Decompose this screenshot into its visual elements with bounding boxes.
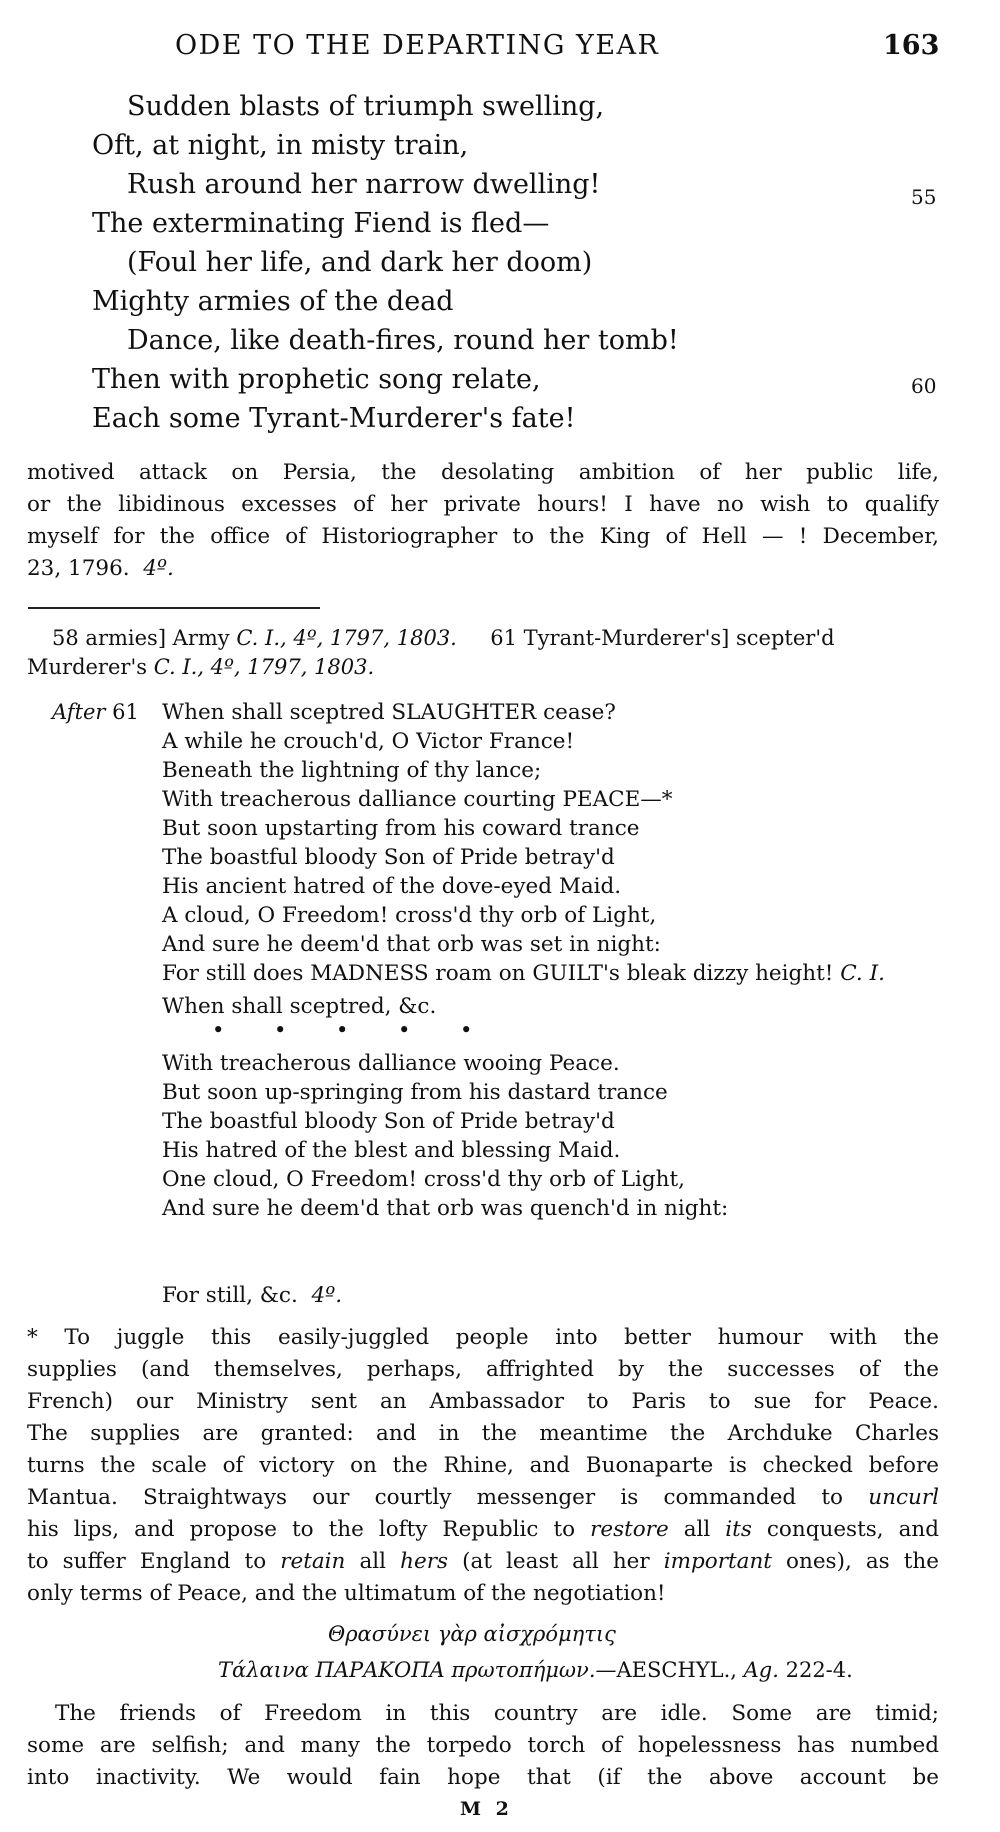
variant-verse-line: Beneath the lightning of thy lance; — [162, 760, 541, 782]
verse-line: Dance, like death-fires, round her tomb! — [127, 327, 679, 354]
variant-lemma: Tyrant-Murderer's] scepter'd — [524, 626, 835, 650]
text: all — [359, 1549, 386, 1574]
variant-verse-line: The boastful bloody Son of Pride betray'… — [162, 847, 615, 869]
variant-verse-line: A cloud, O Freedom! cross'd thy orb of L… — [162, 905, 656, 927]
variant-verse-line: With treacherous dalliance wooing Peace. — [162, 1053, 620, 1075]
footnote-rule — [28, 607, 320, 609]
quotation-line: Θρασύνει γὰρ αἰσχρόμητις — [328, 1624, 616, 1645]
dot: • — [212, 1020, 274, 1041]
paragraph-line: into inactivity. We would fain hope that… — [27, 1767, 939, 1789]
variant-verse-line: One cloud, O Freedom! cross'd thy orb of… — [162, 1169, 685, 1191]
variant-verse-line: With treacherous dalliance courting PEAC… — [162, 789, 673, 811]
variant-verse-line-with-source: For still does MADNESS roam on GUILT's b… — [162, 963, 885, 985]
note-line: myself for the office of Historiographer… — [27, 526, 939, 548]
after-number: 61 — [112, 700, 139, 724]
variant-verse-line: His ancient hatred of the dove-eyed Maid… — [162, 876, 621, 898]
ellipsis-dots: ••••• — [212, 1020, 522, 1041]
variant-verse-line-with-source: For still, &c. 4º. — [162, 1285, 342, 1307]
page-number: 163 — [883, 32, 939, 59]
signature-mark: M 2 — [460, 1798, 513, 1820]
text: Mantua. Straightways our courtly messeng… — [27, 1485, 843, 1510]
variant-verse-text: For still, &c. — [162, 1283, 298, 1308]
line-number: 55 — [911, 187, 936, 207]
verse-line: The exterminating Fiend is fled— — [92, 210, 549, 237]
text: ones), as the — [786, 1549, 939, 1574]
verse-line: Oft, at night, in misty train, — [92, 132, 468, 159]
variant-sources: C. I., 4º, 1797, 1803. — [154, 655, 375, 679]
verse-line: Mighty armies of the dead — [92, 288, 454, 315]
variant-verse-line: When shall sceptred, &c. — [162, 996, 436, 1018]
paragraph-line: some are selfish; and many the torpedo t… — [27, 1735, 939, 1757]
verse-line: (Foul her life, and dark her doom) — [127, 249, 592, 276]
variant-lemma: Murderer's — [27, 655, 147, 679]
footnote-line: French) our Ministry sent an Ambassador … — [27, 1391, 939, 1413]
work-title: Ag. — [744, 1658, 779, 1682]
variant-lemma: armies] Army — [85, 626, 229, 650]
italic-text: hers — [400, 1549, 448, 1574]
variant-58: 58 armies] Army C. I., 4º, 1797, 1803. 6… — [52, 628, 835, 649]
italic-text: uncurl — [868, 1485, 939, 1510]
dot: • — [274, 1020, 336, 1041]
dot: • — [460, 1020, 522, 1041]
footnote-line: * To juggle this easily-juggled people i… — [27, 1327, 939, 1349]
footnote-line: turns the scale of victory on the Rhine,… — [27, 1455, 939, 1477]
dot: • — [336, 1020, 398, 1041]
footnote-line: only terms of Peace, and the ultimatum o… — [27, 1583, 939, 1605]
quotation-line-attribution: Τάλαινα ΠΑΡΑΚΟΠΑ πρωτοπήμων.—AESCHYL., A… — [218, 1660, 853, 1681]
variant-verse-line: And sure he deem'd that orb was quench'd… — [162, 1198, 728, 1220]
footnote-line: to suffer England to retain all hers (at… — [27, 1551, 939, 1573]
footnote-line: his lips, and propose to the lofty Repub… — [27, 1519, 939, 1541]
italic-text: important — [664, 1549, 772, 1574]
variant-source: 4º. — [311, 1283, 342, 1308]
footnote-line: supplies (and themselves, perhaps, affri… — [27, 1359, 939, 1381]
variant-verse-text: For still does MADNESS roam on GUILT's b… — [162, 961, 833, 986]
verse-line: Each some Tyrant-Murderer's fate! — [92, 405, 575, 432]
paragraph-line: The friends of Freedom in this country a… — [55, 1703, 939, 1725]
footnote-line: The supplies are granted: and in the mea… — [27, 1423, 939, 1445]
line-number: 60 — [911, 376, 936, 396]
italic-text: its — [725, 1517, 752, 1542]
text: conquests, and — [767, 1517, 939, 1542]
variant-line-number: 61 — [490, 626, 517, 650]
note-text: 23, 1796. — [27, 556, 130, 581]
after-label: After — [52, 700, 105, 724]
text: to suffer England to — [27, 1549, 266, 1574]
note-source: 4º. — [143, 556, 174, 581]
variant-verse-line: But soon upstarting from his coward tran… — [162, 818, 639, 840]
variant-verse-line: A while he crouch'd, O Victor France! — [162, 731, 574, 753]
dot: • — [398, 1020, 460, 1041]
line-reference: 222-4. — [786, 1658, 853, 1682]
note-line-last: 23, 1796. 4º. — [27, 558, 939, 580]
verse-line: Then with prophetic song relate, — [92, 366, 541, 393]
variant-verse-line: When shall sceptred SLAUGHTER cease? — [162, 702, 616, 724]
note-line: motived attack on Persia, the desolating… — [27, 462, 939, 484]
variant-verse-line: His hatred of the blest and blessing Mai… — [162, 1140, 620, 1162]
text: (at least all her — [462, 1549, 650, 1574]
note-line: or the libidinous excesses of her privat… — [27, 494, 939, 516]
author: AESCHYL. — [617, 1658, 731, 1682]
variant-verse-line: The boastful bloody Son of Pride betray'… — [162, 1111, 615, 1133]
variant-source: C. I. — [840, 961, 885, 986]
text: his lips, and propose to the lofty Repub… — [27, 1517, 575, 1542]
variant-61-cont: Murderer's C. I., 4º, 1797, 1803. — [27, 657, 374, 678]
after-61-label: After 61 — [52, 702, 139, 723]
italic-text: retain — [280, 1549, 345, 1574]
variant-verse-line: But soon up-springing from his dastard t… — [162, 1082, 668, 1104]
text: all — [684, 1517, 711, 1542]
running-title: ODE TO THE DEPARTING YEAR — [175, 32, 659, 59]
verse-line: Sudden blasts of triumph swelling, — [127, 93, 604, 120]
variant-sources: C. I., 4º, 1797, 1803. — [236, 626, 457, 650]
italic-text: restore — [590, 1517, 669, 1542]
verse-line: Rush around her narrow dwelling! — [127, 171, 600, 198]
footnote-line: Mantua. Straightways our courtly messeng… — [27, 1487, 939, 1509]
greek-text: Τάλαινα ΠΑΡΑΚΟΠΑ πρωτοπήμων.— — [218, 1658, 617, 1682]
variant-verse-line: And sure he deem'd that orb was set in n… — [162, 934, 661, 956]
variant-line-number: 58 — [52, 626, 79, 650]
